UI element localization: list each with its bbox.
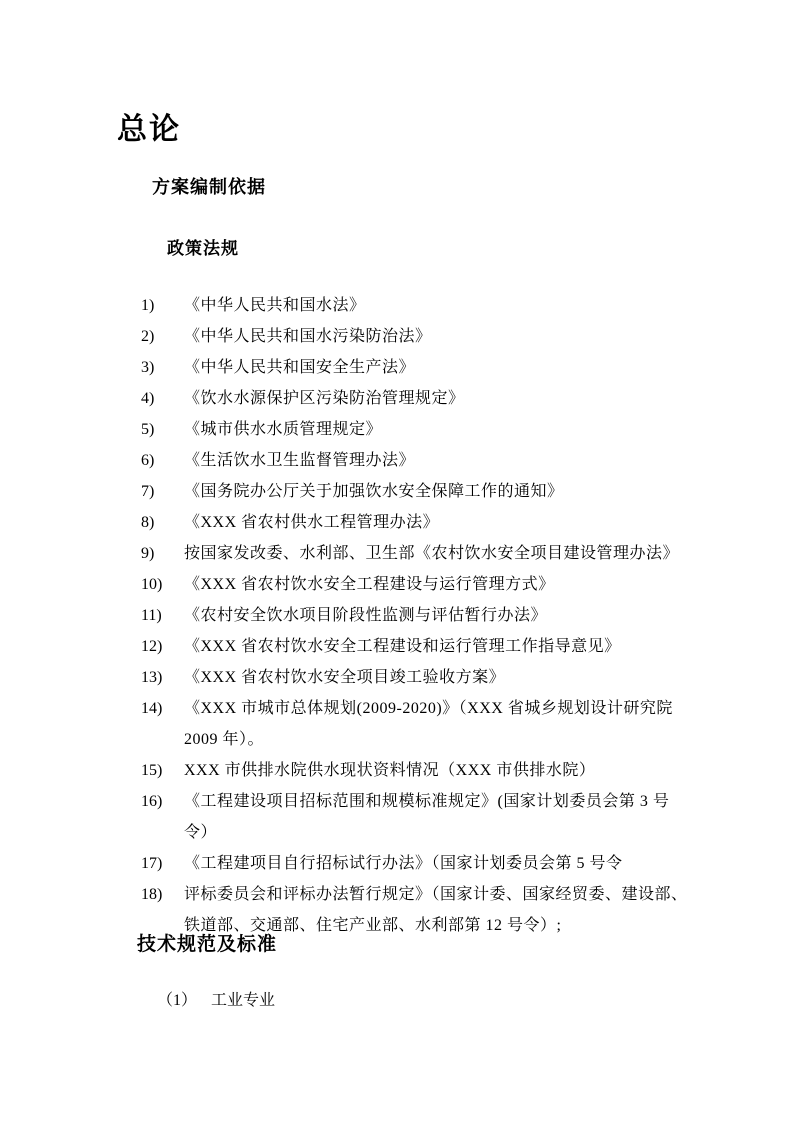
section-heading-standards: 技术规范及标准 xyxy=(137,934,277,957)
list-item: 15)XXX 市供排水院供水现状资料情况（XXX 市供排水院） xyxy=(141,755,697,786)
list-item-text: 《工程建项目自行招标试行办法》（国家计划委员会第 5 号令 xyxy=(184,848,692,879)
policy-list: 1)《中华人民共和国水法》2)《中华人民共和国水污染防治法》3)《中华人民共和国… xyxy=(141,290,697,941)
list-item: 11)《农村安全饮水项目阶段性监测与评估暂行办法》 xyxy=(141,600,697,631)
list-item-text: 《XXX 省农村饮水安全工程建设与运行管理方式》 xyxy=(184,569,692,600)
list-item: 14)《XXX 市城市总体规划(2009-2020)》（XXX 省城乡规划设计研… xyxy=(141,693,697,755)
list-item-text: 《工程建设项目招标范围和规模标准规定》(国家计划委员会第 3 号令） xyxy=(184,786,692,848)
list-item-text: 按国家发改委、水利部、卫生部《农村饮水安全项目建设管理办法》 xyxy=(184,538,692,569)
page-title: 总论 xyxy=(117,113,181,146)
list-item-number: 11) xyxy=(141,600,184,631)
list-item: 3)《中华人民共和国安全生产法》 xyxy=(141,352,697,383)
document-page: 总论 方案编制依据 政策法规 1)《中华人民共和国水法》2)《中华人民共和国水污… xyxy=(0,0,793,1122)
list-item-number: 5) xyxy=(141,414,184,445)
list-item: 4)《饮水水源保护区污染防治管理规定》 xyxy=(141,383,697,414)
list-item-text: 《XXX 省农村供水工程管理办法》 xyxy=(184,507,692,538)
list-item: 1)《中华人民共和国水法》 xyxy=(141,290,697,321)
list-item: 6)《生活饮水卫生监督管理办法》 xyxy=(141,445,697,476)
list-item: 2)《中华人民共和国水污染防治法》 xyxy=(141,321,697,352)
list-item-text: 《中华人民共和国水污染防治法》 xyxy=(184,321,692,352)
list-item: 7)《国务院办公厅关于加强饮水安全保障工作的通知》 xyxy=(141,476,697,507)
list-item: 8)《XXX 省农村供水工程管理办法》 xyxy=(141,507,697,538)
list-item-number: 7) xyxy=(141,476,184,507)
list-item: 5)《城市供水水质管理规定》 xyxy=(141,414,697,445)
list-item-number: 6) xyxy=(141,445,184,476)
list-item-number: 4) xyxy=(141,383,184,414)
list-item: 13)《XXX 省农村饮水安全项目竣工验收方案》 xyxy=(141,662,697,693)
list-item-number: 18) xyxy=(141,879,184,941)
list-item-text: 《城市供水水质管理规定》 xyxy=(184,414,692,445)
list-item-number: 14) xyxy=(141,693,184,755)
subsection-heading-policy: 政策法规 xyxy=(167,239,239,259)
list-item: 9)按国家发改委、水利部、卫生部《农村饮水安全项目建设管理办法》 xyxy=(141,538,697,569)
list-item-text: 《XXX 省农村饮水安全工程建设和运行管理工作指导意见》 xyxy=(184,631,692,662)
list-item: 17)《工程建项目自行招标试行办法》（国家计划委员会第 5 号令 xyxy=(141,848,697,879)
list-item-number: 15) xyxy=(141,755,184,786)
list-item-number: 9) xyxy=(141,538,184,569)
list-item-number: 17) xyxy=(141,848,184,879)
list-item-text: 《中华人民共和国水法》 xyxy=(184,290,692,321)
list-item-text: 《国务院办公厅关于加强饮水安全保障工作的通知》 xyxy=(184,476,692,507)
section-heading-basis: 方案编制依据 xyxy=(152,177,266,199)
list-item-number: 10) xyxy=(141,569,184,600)
list-item-text: 《中华人民共和国安全生产法》 xyxy=(184,352,692,383)
list-item-text: XXX 市供排水院供水现状资料情况（XXX 市供排水院） xyxy=(184,755,692,786)
list-item: 16)《工程建设项目招标范围和规模标准规定》(国家计划委员会第 3 号令） xyxy=(141,786,697,848)
standards-first-item: （1）工业专业 xyxy=(157,991,275,1012)
list-item: 10)《XXX 省农村饮水安全工程建设与运行管理方式》 xyxy=(141,569,697,600)
list-item-text: 《XXX 省农村饮水安全项目竣工验收方案》 xyxy=(184,662,692,693)
list-item-number: 1) xyxy=(141,290,184,321)
list-item-number: 2) xyxy=(141,321,184,352)
list-item-text: 评标委员会和评标办法暂行规定》（国家计委、国家经贸委、建设部、铁道部、交通部、住… xyxy=(184,879,692,941)
list-item-number: 8) xyxy=(141,507,184,538)
standards-item-label: （1） xyxy=(157,992,197,1009)
list-item-text: 《生活饮水卫生监督管理办法》 xyxy=(184,445,692,476)
list-item-number: 16) xyxy=(141,786,184,848)
standards-item-text: 工业专业 xyxy=(211,992,275,1009)
list-item-text: 《农村安全饮水项目阶段性监测与评估暂行办法》 xyxy=(184,600,692,631)
list-item-text: 《饮水水源保护区污染防治管理规定》 xyxy=(184,383,692,414)
list-item-number: 3) xyxy=(141,352,184,383)
list-item: 12)《XXX 省农村饮水安全工程建设和运行管理工作指导意见》 xyxy=(141,631,697,662)
list-item-number: 13) xyxy=(141,662,184,693)
list-item: 18)评标委员会和评标办法暂行规定》（国家计委、国家经贸委、建设部、铁道部、交通… xyxy=(141,879,697,941)
list-item-number: 12) xyxy=(141,631,184,662)
list-item-text: 《XXX 市城市总体规划(2009-2020)》（XXX 省城乡规划设计研究院 … xyxy=(184,693,692,755)
